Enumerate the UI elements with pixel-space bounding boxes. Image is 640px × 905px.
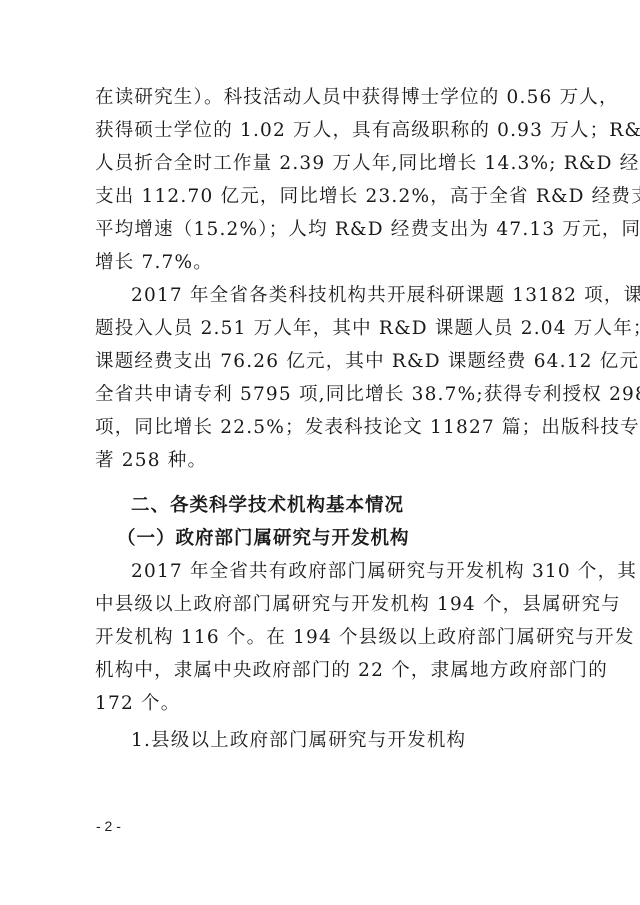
paragraph-personnel-rd: 在读研究生）。科技活动人员中获得博士学位的 0.56 万人， 获得硕士学位的 1… <box>95 81 547 279</box>
text-line: 项，同比增长 22.5%；发表科技论文 11827 篇；出版科技专 <box>95 411 547 444</box>
text-line: 题投入人员 2.51 万人年，其中 R&D 课题人员 2.04 万人年； <box>95 312 547 345</box>
text-line: 著 258 种。 <box>95 444 547 477</box>
text-line: 在读研究生）。科技活动人员中获得博士学位的 0.56 万人， <box>95 81 547 114</box>
paragraph-research-projects: 2017 年全省各类科技机构共开展科研课题 13182 项，课 题投入人员 2.… <box>95 279 547 477</box>
text-line: 中县级以上政府部门属研究与开发机构 194 个，县属研究与 <box>95 588 547 621</box>
paragraph-government-institutions: 2017 年全省共有政府部门属研究与开发机构 310 个，其 中县级以上政府部门… <box>95 555 547 720</box>
text-line: 172 个。 <box>95 687 547 720</box>
text-line: 增长 7.7%。 <box>95 246 547 279</box>
text-line: 2017 年全省共有政府部门属研究与开发机构 310 个，其 <box>95 555 547 588</box>
text-line: 课题经费支出 76.26 亿元，其中 R&D 课题经费 64.12 亿元。 <box>95 345 547 378</box>
text-line: 获得硕士学位的 1.02 万人，具有高级职称的 0.93 万人；R&D <box>95 114 547 147</box>
text-line: 开发机构 116 个。在 194 个县级以上政府部门属研究与开发 <box>95 621 547 654</box>
text-line: 机构中，隶属中央政府部门的 22 个，隶属地方政府部门的 <box>95 654 547 687</box>
text-line: 支出 112.70 亿元，同比增长 23.2%，高于全省 R&D 经费支出 <box>95 180 547 213</box>
spacer <box>95 477 547 489</box>
text-line: 2017 年全省各类科技机构共开展科研课题 13182 项，课 <box>95 279 547 312</box>
document-page: 在读研究生）。科技活动人员中获得博士学位的 0.56 万人， 获得硕士学位的 1… <box>95 81 547 757</box>
text-line: 全省共申请专利 5795 项,同比增长 38.7%;获得专利授权 2988 <box>95 378 547 411</box>
page-number: - 2 - <box>96 818 121 834</box>
text-line: 平均增速（15.2%）；人均 R&D 经费支出为 47.13 万元，同比 <box>95 213 547 246</box>
section-heading: 二、各类科学技术机构基本情况 <box>95 489 547 522</box>
text-line: 人员折合全时工作量 2.39 万人年,同比增长 14.3%; R&D 经费 <box>95 147 547 180</box>
item-heading: 1.县级以上政府部门属研究与开发机构 <box>95 724 547 757</box>
subsection-heading: （一）政府部门属研究与开发机构 <box>95 522 547 555</box>
